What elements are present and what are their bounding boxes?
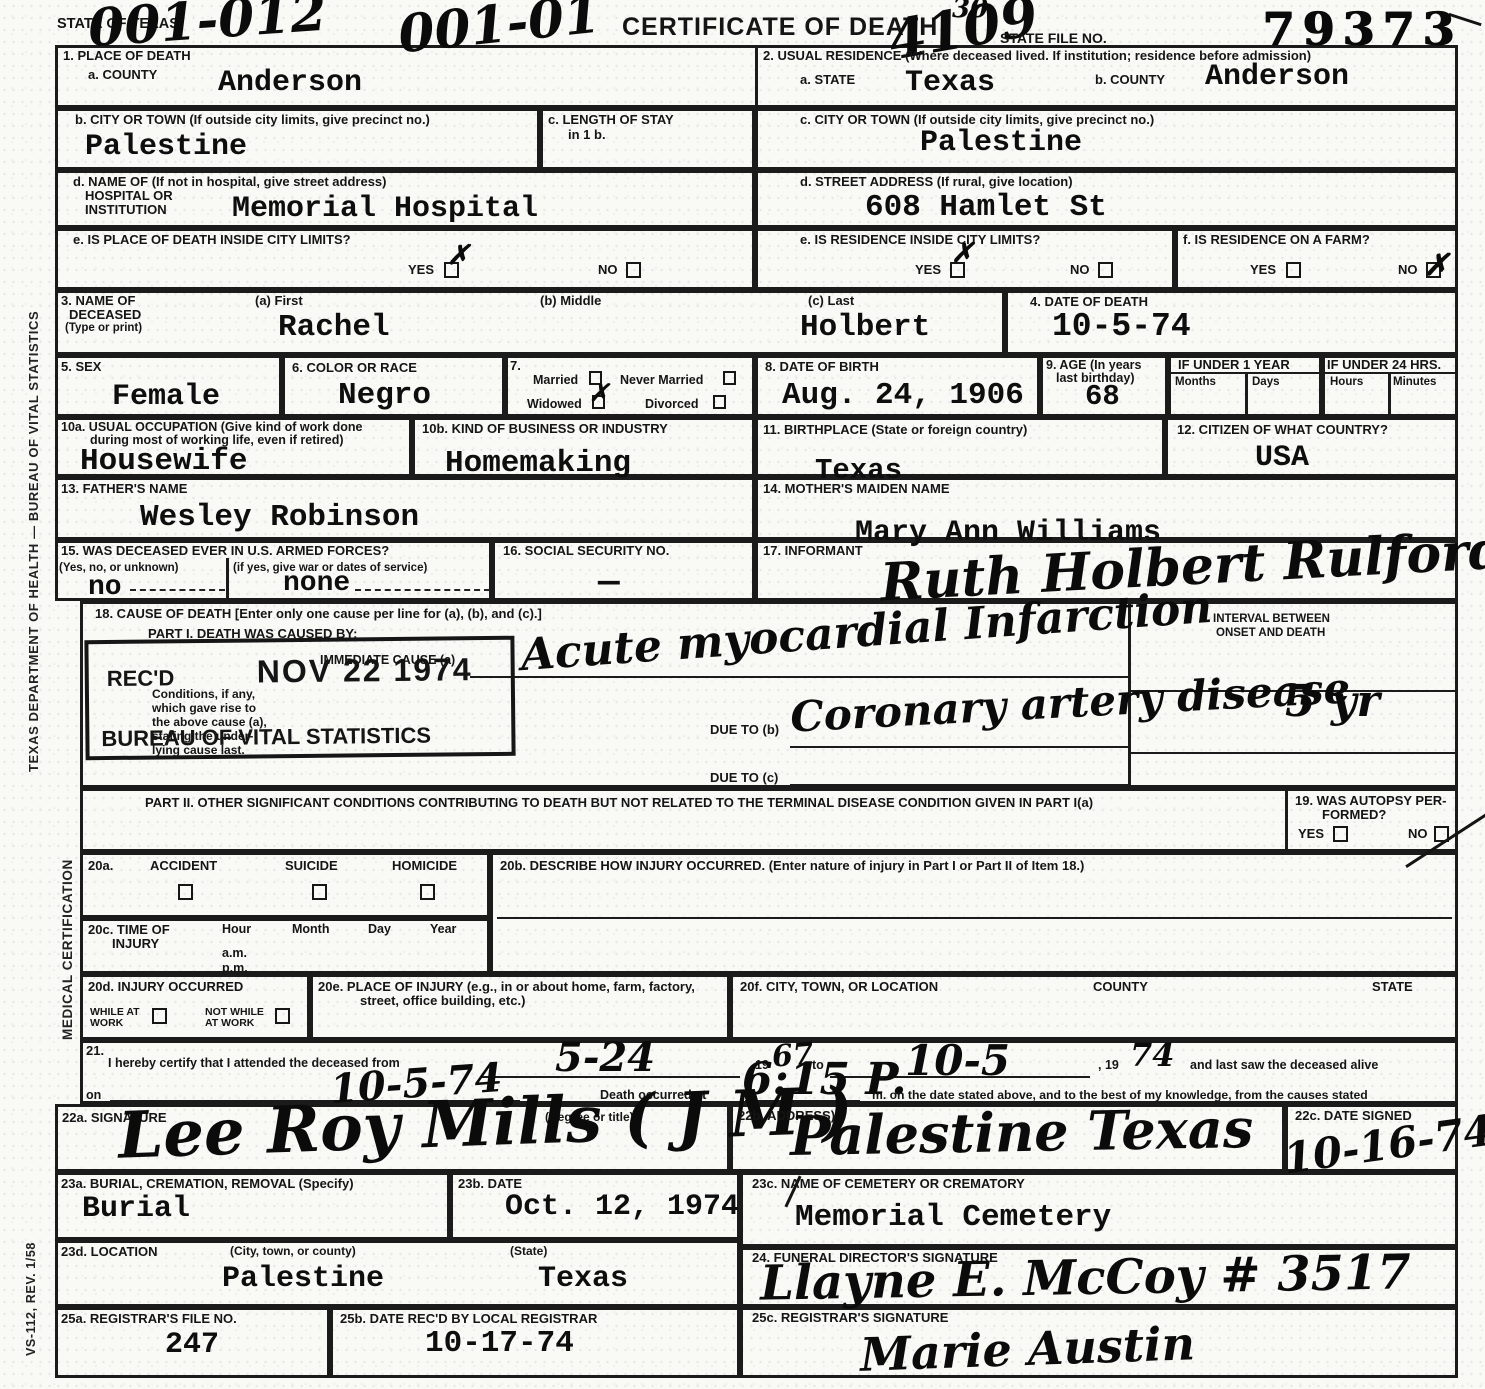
field-23a-label: 23a. BURIAL, CREMATION, REMOVAL (Specify… <box>61 1176 354 1192</box>
field-23d-state-value: Texas <box>538 1264 628 1294</box>
divider <box>1128 752 1458 754</box>
state-file-no-label: STATE FILE NO. <box>1000 30 1107 47</box>
field-1e-no-label: NO <box>598 262 618 278</box>
field-3a-label: (a) First <box>255 293 303 309</box>
checkbox-19-no <box>1434 826 1449 842</box>
field-22b-value: Palestine Texas <box>789 1096 1253 1168</box>
field-7-label: 7. <box>510 358 521 374</box>
field-7-married-label: Married <box>533 373 578 388</box>
field-2d-value: 608 Hamlet St <box>865 192 1107 223</box>
field-2d-label: d. STREET ADDRESS (If rural, give locati… <box>800 174 1073 190</box>
field-23d-label: 23d. LOCATION <box>61 1244 158 1260</box>
field-18-title: 18. CAUSE OF DEATH [Enter only one cause… <box>95 606 542 622</box>
checkbox-suicide <box>312 884 327 900</box>
cause-line-b <box>790 746 1128 748</box>
field-9-months-label: Months <box>1175 376 1216 390</box>
field-9-under1yr-label: IF UNDER 1 YEAR <box>1178 357 1290 373</box>
dash-fill <box>355 589 490 591</box>
field-19-label2: FORMED? <box>1322 807 1386 823</box>
field-21-num: 21. <box>86 1043 104 1059</box>
field-20d-label: 20d. INJURY OCCURRED <box>88 979 243 995</box>
field-20c-am-label: a.m. <box>222 946 247 961</box>
field-4-value: 10-5-74 <box>1052 310 1191 343</box>
checkbox-divorced <box>713 395 726 409</box>
divider <box>1245 372 1248 417</box>
checkmark-widowed: ✗ <box>589 378 609 407</box>
field-24-signature: Llayne E. McCoy # 3517 <box>760 1244 1412 1311</box>
field-3-title3: (Type or print) <box>65 322 142 336</box>
field-1a-label: a. COUNTY <box>88 67 157 83</box>
field-15-label: 15. WAS DECEASED EVER IN U.S. ARMED FORC… <box>61 543 389 559</box>
field-2e-label: e. IS RESIDENCE INSIDE CITY LIMITS? <box>800 232 1040 248</box>
field-21-text2: and last saw the deceased alive <box>1190 1058 1378 1073</box>
field-9-hours-label: Hours <box>1330 376 1363 390</box>
field-21-to-year: 74 <box>1130 1036 1175 1074</box>
field-2f-yes-label: YES <box>1250 262 1276 278</box>
field-11-label: 11. BIRTHPLACE (State or foreign country… <box>763 422 1027 438</box>
field-16-value: — <box>598 565 620 601</box>
field-7-divorced-label: Divorced <box>645 397 699 412</box>
checkbox-1e-no <box>626 262 641 278</box>
field-2c-value: Palestine <box>920 128 1082 158</box>
margin-medical-certification: MEDICAL CERTIFICATION <box>60 859 75 1040</box>
field-5-label: 5. SEX <box>61 359 101 375</box>
margin-agency-text: TEXAS DEPARTMENT OF HEALTH — BUREAU OF V… <box>26 311 41 772</box>
field-23a-value: Burial <box>82 1194 190 1224</box>
checkbox-2f-yes <box>1286 262 1301 278</box>
field-20f-county-label: COUNTY <box>1093 979 1148 995</box>
field-20c-day-label: Day <box>368 922 391 937</box>
field-20b-label: 20b. DESCRIBE HOW INJURY OCCURRED. (Ente… <box>500 858 1084 874</box>
field-2a-value: Texas <box>905 68 995 98</box>
field-12-value: USA <box>1255 443 1309 473</box>
field-7-widowed-label: Widowed <box>527 397 582 412</box>
field-3a-value: Rachel <box>278 312 390 343</box>
field-1-title: 1. PLACE OF DEATH <box>63 48 191 64</box>
field-20c-month-label: Month <box>292 922 329 937</box>
field-2b-label: b. COUNTY <box>1095 72 1165 88</box>
field-21-to-date: 10-5 <box>905 1036 1010 1085</box>
field-25a-value: 247 <box>165 1330 219 1360</box>
field-21-on-label: on <box>86 1088 101 1103</box>
field-9-value: 68 <box>1085 382 1120 411</box>
field-20a-homicide-label: HOMICIDE <box>392 858 457 874</box>
field-5-value: Female <box>112 382 220 412</box>
field-20c-pm-label: p.m. <box>222 961 248 976</box>
field-14-label: 14. MOTHER'S MAIDEN NAME <box>763 481 950 497</box>
field-3b-label: (b) Middle <box>540 293 601 309</box>
field-18-due-c-label: DUE TO (c) <box>710 770 778 786</box>
field-18-interval-label2: ONSET AND DEATH <box>1216 627 1325 641</box>
field-10b-value: Homemaking <box>445 448 631 479</box>
field-23d-sub1: (City, town, or county) <box>230 1244 356 1258</box>
stamp-bureau: BUREAU OF VITAL STATISTICS <box>101 723 431 753</box>
field-23d-sub2: (State) <box>510 1244 547 1258</box>
field-1c-label2: in 1 b. <box>568 127 606 143</box>
field-23d-city-value: Palestine <box>222 1264 384 1294</box>
field-2e-no-label: NO <box>1070 262 1090 278</box>
checkmark-1e-yes: ✗ <box>447 240 470 271</box>
checkbox-2e-no <box>1098 262 1113 278</box>
field-25b-label: 25b. DATE REC'D BY LOCAL REGISTRAR <box>340 1311 597 1327</box>
field-6-label: 6. COLOR OR RACE <box>292 360 417 376</box>
field-12-label: 12. CITIZEN OF WHAT COUNTRY? <box>1177 422 1388 438</box>
field-20f-label: 20f. CITY, TOWN, OR LOCATION <box>740 979 938 995</box>
field-9-days-label: Days <box>1252 376 1280 390</box>
field-23c-value: Memorial Cemetery <box>795 1202 1111 1233</box>
field-20e-label2: street, office building, etc.) <box>360 993 525 1009</box>
field-10a-value: Housewife <box>80 446 247 477</box>
divider <box>226 558 229 601</box>
checkbox-not-while-at-work <box>275 1008 290 1024</box>
field-19-yes-label: YES <box>1298 826 1324 842</box>
field-13-value: Wesley Robinson <box>140 502 419 533</box>
checkmark-2e-yes: ✗ <box>951 238 974 269</box>
margin-form-number: VS-112, REV. 1/58 <box>24 1242 38 1356</box>
field-1c-label: c. LENGTH OF STAY <box>548 112 674 128</box>
field-9-under24-label: IF UNDER 24 HRS. <box>1327 357 1441 373</box>
field-2a-label: a. STATE <box>800 72 855 88</box>
checkbox-19-yes <box>1333 826 1348 842</box>
checkbox-never-married <box>723 371 736 385</box>
field-23b-value: Oct. 12, 1974 <box>505 1192 739 1222</box>
divider <box>497 917 1452 919</box>
field-1a-value: Anderson <box>218 68 362 98</box>
field-20a-label: 20a. <box>88 858 113 874</box>
field-7-never-married-label: Never Married <box>620 373 703 388</box>
death-certificate-scan: TEXAS DEPARTMENT OF HEALTH — BUREAU OF V… <box>0 0 1485 1389</box>
cell-23d <box>55 1240 740 1307</box>
cause-line-c <box>790 784 1128 786</box>
field-19-no-label: NO <box>1408 826 1428 842</box>
divider <box>1285 788 1288 852</box>
field-20a-suicide-label: SUICIDE <box>285 858 338 874</box>
field-8-value: Aug. 24, 1906 <box>782 380 1024 411</box>
field-1d-label3: INSTITUTION <box>85 202 167 218</box>
field-part2-text: PART II. OTHER SIGNIFICANT CONDITIONS CO… <box>145 795 1093 811</box>
field-18-interval-label1: INTERVAL BETWEEN <box>1213 613 1330 627</box>
field-20c-hour-label: Hour <box>222 922 251 937</box>
field-20d-not2: AT WORK <box>205 1017 254 1029</box>
field-23c-label: 23c. NAME OF CEMETERY OR CREMATORY <box>752 1176 1025 1192</box>
checkbox-homicide <box>420 884 435 900</box>
field-15-value2: none <box>283 570 350 598</box>
field-1e-label: e. IS PLACE OF DEATH INSIDE CITY LIMITS? <box>73 232 351 248</box>
field-20d-while2: WORK <box>90 1017 123 1029</box>
field-2b-value: Anderson <box>1205 62 1349 92</box>
field-1e-yes-label: YES <box>408 262 434 278</box>
field-1b-label: b. CITY OR TOWN (If outside city limits,… <box>75 112 430 128</box>
field-1d-value: Memorial Hospital <box>232 194 538 224</box>
divider <box>1388 372 1391 417</box>
field-10b-label: 10b. KIND OF BUSINESS OR INDUSTRY <box>422 421 668 437</box>
field-8-label: 8. DATE OF BIRTH <box>765 359 879 375</box>
field-6-value: Negro <box>338 380 431 411</box>
field-20c-year-label: Year <box>430 922 456 937</box>
checkmark-2f-no: ✗ <box>1424 248 1449 283</box>
field-9-minutes-label: Minutes <box>1393 376 1436 390</box>
field-20c-label2: INJURY <box>112 936 159 952</box>
handwritten-code-sup: 30 <box>952 0 988 24</box>
dash-fill <box>130 589 225 591</box>
field-20f-state-label: STATE <box>1372 979 1413 995</box>
field-2f-label: f. IS RESIDENCE ON A FARM? <box>1183 232 1370 248</box>
field-17-label: 17. INFORMANT <box>763 543 863 559</box>
field-21-from-date: 5-24 <box>555 1034 655 1081</box>
field-2f-no-label: NO <box>1398 262 1418 278</box>
received-stamp: REC'D NOV 22 1974 BUREAU OF VITAL STATIS… <box>84 636 515 760</box>
field-25b-value: 10-17-74 <box>425 1328 574 1359</box>
field-3c-label: (c) Last <box>808 293 854 309</box>
field-1b-value: Palestine <box>85 132 247 162</box>
field-25c-label: 25c. REGISTRAR'S SIGNATURE <box>752 1310 948 1326</box>
field-3c-value: Holbert <box>800 312 930 343</box>
field-3-title2: DECEASED <box>69 307 141 323</box>
field-15-value1: no <box>88 574 122 602</box>
field-20a-accident-label: ACCIDENT <box>150 858 217 874</box>
checkbox-accident <box>178 884 193 900</box>
checkbox-while-at-work <box>152 1008 167 1024</box>
field-25a-label: 25a. REGISTRAR'S FILE NO. <box>61 1311 237 1327</box>
field-13-label: 13. FATHER'S NAME <box>61 481 187 497</box>
field-2e-yes-label: YES <box>915 262 941 278</box>
field-18-interval-value: 5 yr <box>1285 676 1380 727</box>
field-16-label: 16. SOCIAL SECURITY NO. <box>503 543 669 559</box>
stamp-date: NOV 22 1974 <box>257 650 473 691</box>
field-18-due-b-label: DUE TO (b) <box>710 722 779 738</box>
field-21-yr2-label: , 19 <box>1098 1058 1119 1073</box>
stamp-recd: REC'D <box>107 665 175 692</box>
